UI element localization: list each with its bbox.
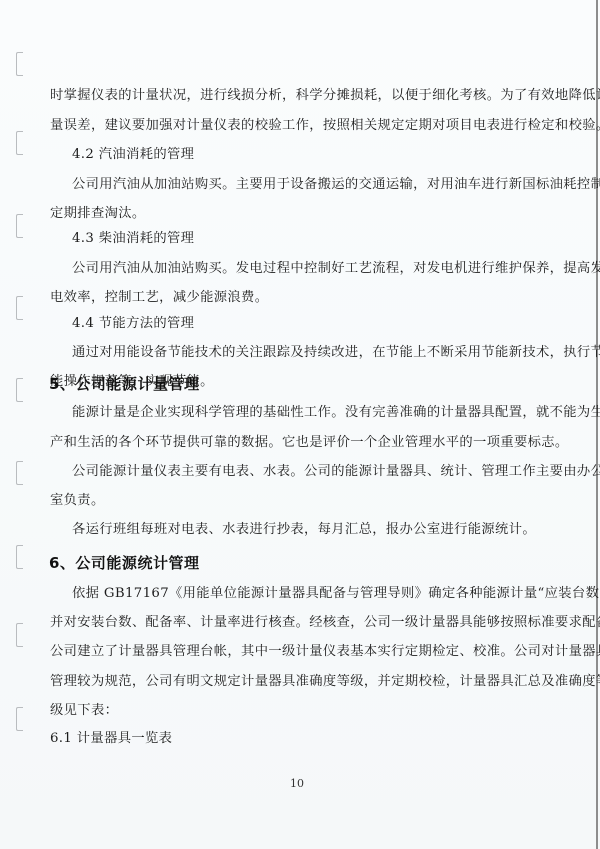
section-5-heading: 5、公司能源计量管理 (49, 374, 199, 394)
binding-hole-mark (16, 131, 23, 155)
paragraph-line: 并对安装台数、配备率、计量率进行核查。经核查，公司一级计量器具能够按照标准要求配… (50, 614, 554, 632)
subheading-4-2: 4.2 汽油消耗的管理 (72, 146, 554, 164)
section-6-heading: 6、公司能源统计管理 (49, 553, 199, 573)
subheading-4-4: 4.4 节能方法的管理 (72, 315, 554, 333)
paragraph-line: 室负责。 (50, 492, 554, 510)
binding-hole-mark (16, 707, 23, 731)
subheading-4-3: 4.3 柴油消耗的管理 (72, 230, 554, 248)
paragraph-line: 管理较为规范，公司有明文规定计量器具准确度等级，并定期校检，计量器具汇总及准确度… (50, 673, 554, 691)
paragraph-line: 依据 GB17167《用能单位能源计量器具配备与管理导则》确定各种能源计量“应装… (72, 585, 554, 603)
binding-hole-mark (16, 52, 23, 76)
paragraph-line: 公司用汽油从加油站购买。主要用于设备搬运的交通运输，对用油车进行新国标油耗控制， (72, 176, 554, 194)
binding-hole-mark (16, 378, 23, 402)
paragraph-line: 时掌握仪表的计量状况，进行线损分析，科学分摊损耗，以便于细化考核。为了有效地降低… (50, 87, 554, 105)
paragraph-line: 通过对用能设备节能技术的关注跟踪及持续改进，在节能上不断采用节能新技术，执行节 (72, 344, 554, 362)
page-number: 10 (290, 777, 304, 790)
paragraph-line: 各运行班组每班对电表、水表进行抄表，每月汇总，报办公室进行能源统计。 (72, 521, 554, 539)
binding-hole-mark (16, 296, 23, 320)
binding-hole-mark (16, 214, 23, 238)
paragraph-line: 公司能源计量仪表主要有电表、水表。公司的能源计量器具、统计、管理工作主要由办公 (72, 463, 554, 481)
paragraph-line: 公司建立了计量器具管理台帐，其中一级计量仪表基本实行定期检定、校准。公司对计量器… (50, 643, 554, 661)
binding-hole-mark (16, 623, 23, 647)
document-page: 时掌握仪表的计量状况，进行线损分析，科学分摊损耗，以便于细化考核。为了有效地降低… (0, 0, 600, 849)
paragraph-line: 产和生活的各个环节提供可靠的数据。它也是评价一个企业管理水平的一项重要标志。 (50, 434, 554, 452)
paragraph-line: 量误差，建议要加强对计量仪表的校验工作，按照相关规定定期对项目电表进行检定和校验… (50, 117, 554, 135)
paragraph-line: 公司用汽油从加油站购买。发电过程中控制好工艺流程，对发电机进行维护保养，提高发 (72, 260, 554, 278)
binding-hole-mark (16, 461, 23, 485)
binding-hole-mark (16, 545, 23, 569)
paragraph-line: 定期排查淘汰。 (50, 205, 554, 223)
paragraph-line: 电效率，控制工艺，减少能源浪费。 (50, 289, 554, 307)
paragraph-line: 能源计量是企业实现科学管理的基础性工作。没有完善准确的计量器具配置，就不能为生 (72, 404, 554, 422)
subheading-6-1: 6.1 计量器具一览表 (50, 730, 554, 748)
paragraph-line: 级见下表： (50, 702, 554, 720)
